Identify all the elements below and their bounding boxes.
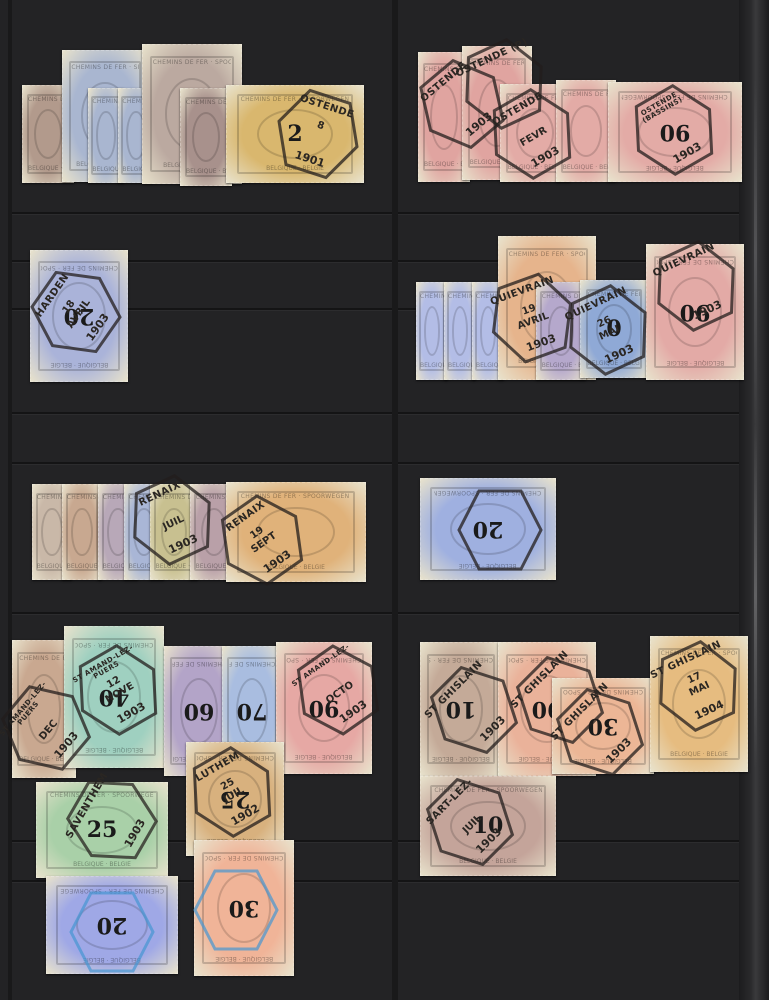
stamp: CHEMINS DE FER · SPOORWEGENBELGIQUE · BE… xyxy=(62,484,102,580)
stamp-footer-text: BELGIQUE · BELGIE xyxy=(661,751,738,758)
stamp-footer-text: BELGIQUE · BELGIE xyxy=(542,362,580,369)
stockbook-strip xyxy=(10,212,739,214)
stamp-oval xyxy=(71,508,92,557)
stockbook-strip xyxy=(10,462,739,464)
stamp-header-text: CHEMINS DE FER · SPOORWEGEN xyxy=(92,98,119,105)
page-gutter xyxy=(392,0,398,1000)
stamp-footer-text: BELGIQUE · BELGIE xyxy=(92,166,119,173)
stockbook-page: CHEMINS DE FER · SPOORWEGENBELGIQUE · BE… xyxy=(0,0,769,1000)
stamp-header-text: CHEMINS DE FER · SPOORWEGEN xyxy=(509,251,586,258)
stamp-footer-text: BELGIQUE · BELGIE xyxy=(657,359,734,366)
stamp-footer-text: BELGIQUE · BELGIE xyxy=(563,164,609,171)
stamp-header-text: CHEMINS DE FER · SPOORWEGEN xyxy=(19,655,69,662)
stamp-header-text: CHEMINS DE FER · SPOORWEGEN xyxy=(205,854,283,861)
stamp-header-text: CHEMINS DE FER · SPOORWEGEN xyxy=(229,660,275,667)
stamp-footer-text: BELGIQUE · BELGIE xyxy=(448,362,472,369)
blue-postmark xyxy=(69,889,155,975)
stamp-oval xyxy=(96,111,115,159)
stockbook-strip xyxy=(10,612,739,614)
stamp-footer-text: BELGIQUE · BELGIE xyxy=(75,746,153,753)
stamp-footer-text: BELGIQUE · BELGIE xyxy=(186,168,226,175)
stamp-header-text: CHEMINS DE FER · SPOORWEGEN xyxy=(420,293,444,300)
stamp-oval xyxy=(34,109,62,159)
stamp-header-text: CHEMINS DE FER · SPOORWEGEN xyxy=(186,99,226,106)
page-left-edge xyxy=(8,0,12,1000)
stamp-footer-text: BELGIQUE · BELGIE xyxy=(67,563,97,570)
stamp-header-text: CHEMINS DE FER · SPOORWEGEN xyxy=(563,91,609,98)
stamp-header-text: CHEMINS DE FER · SPOORWEGEN xyxy=(172,660,226,667)
stamp: CHEMINS DE FER · SPOORWEGENBELGIQUE · BE… xyxy=(180,88,232,186)
stamp-header-text: CHEMINS DE FER · SPOORWEGEN xyxy=(448,293,472,300)
blue-postmark xyxy=(193,867,279,953)
stamp-footer-text: BELGIQUE · BELGIE xyxy=(476,362,500,369)
stamp-header-text: CHEMINS DE FER · SPOORWEGEN xyxy=(71,64,138,71)
stamp-footer-text: BELGIQUE · BELGIE xyxy=(286,753,361,760)
stockbook-strip xyxy=(10,412,739,414)
stamp-footer-text: BELGIQUE · BELGIE xyxy=(205,955,283,962)
stamp-oval xyxy=(41,508,62,557)
stamp-value-overprint: 70 xyxy=(223,698,281,724)
stamp-header-text: CHEMINS DE FER · SPOORWEGEN xyxy=(153,59,231,66)
stamp-footer-text: BELGIQUE · BELGIE xyxy=(420,362,444,369)
stamp-oval xyxy=(192,112,220,162)
stamp-header-text: CHEMINS DE FER · SPOORWEGEN xyxy=(67,494,97,501)
hexagonal-postmark xyxy=(457,487,543,573)
glassine-shine xyxy=(754,80,757,940)
